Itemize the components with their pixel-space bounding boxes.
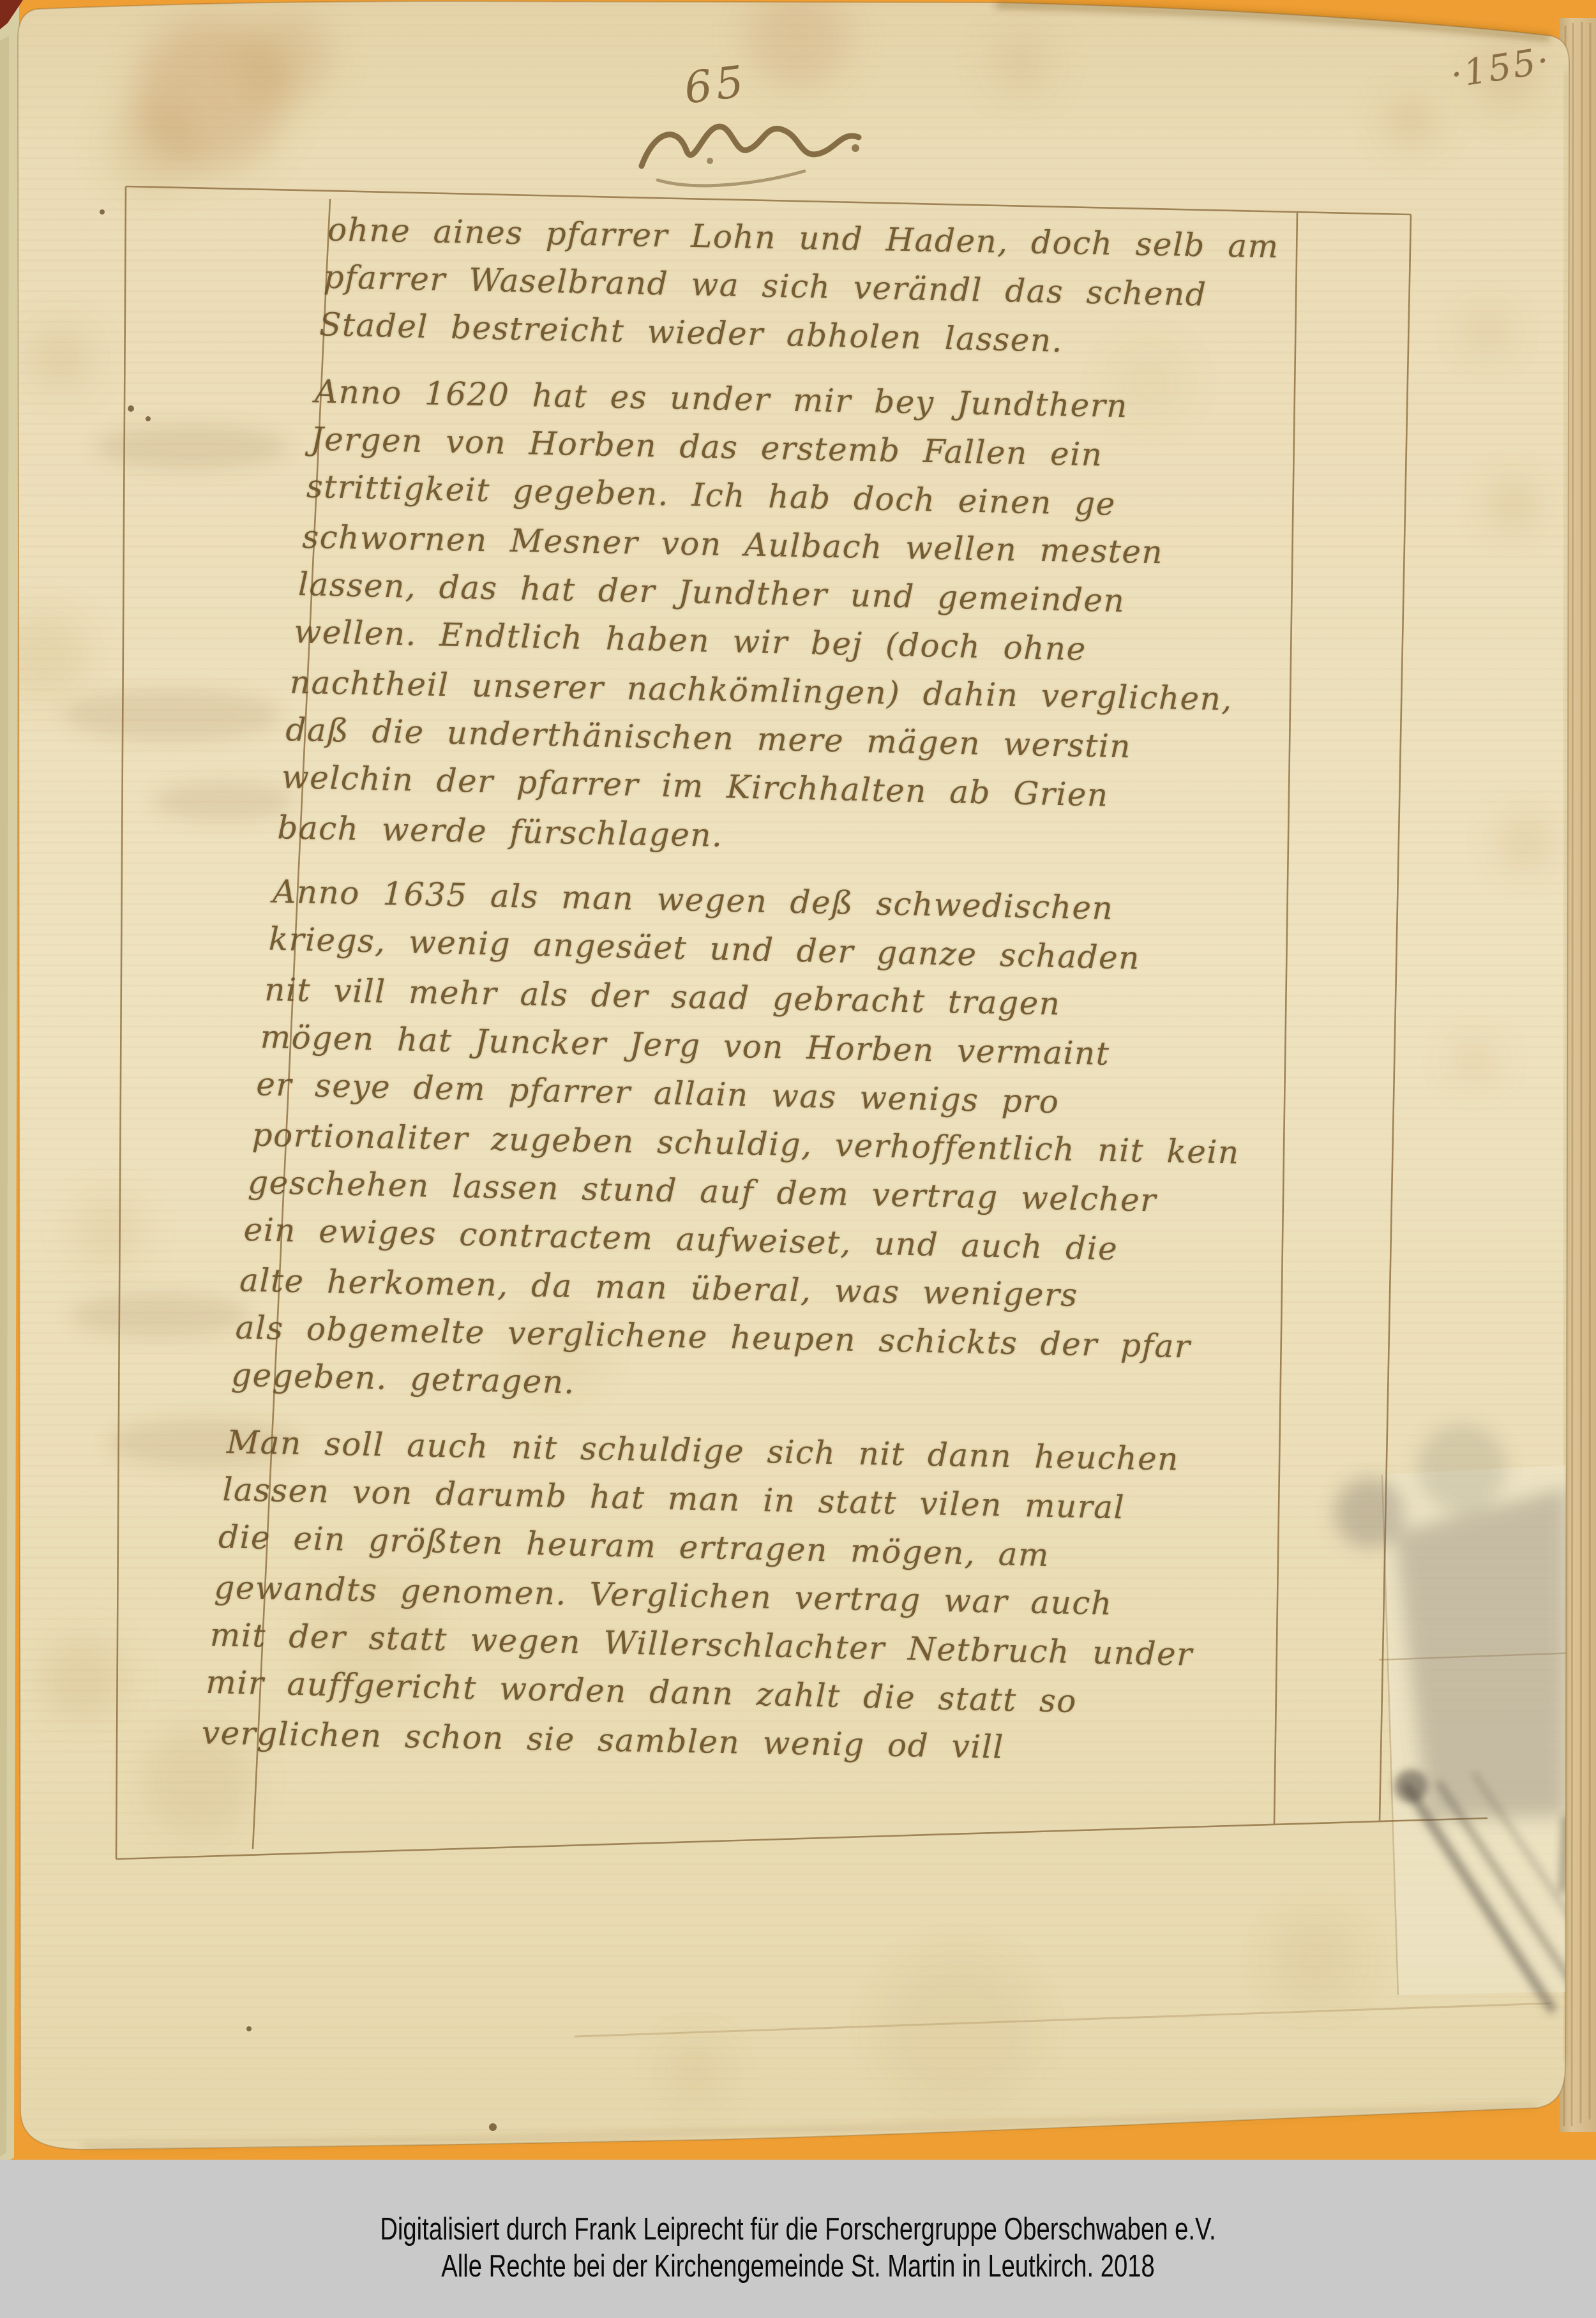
caption-line-1: Digitalisiert durch Frank Leiprecht für … (176, 2211, 1420, 2248)
document-scan: 65 ·155· ohne aines pfarrer Lohn und Had… (0, 0, 1596, 2318)
folio-number-left: 65 (682, 56, 750, 114)
caption-band: Digitalisiert durch Frank Leiprecht für … (0, 2160, 1596, 2318)
manuscript-text: ohne aines pfarrer Lohn und Haden, doch … (297, 204, 1327, 1778)
caption-line-2: Alle Rechte bei der Kirchengemeinde St. … (176, 2248, 1420, 2285)
